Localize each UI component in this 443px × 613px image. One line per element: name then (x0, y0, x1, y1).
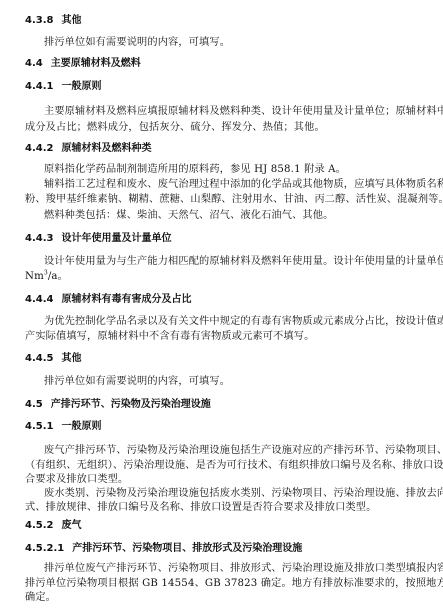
section-number: 4.4.5 (25, 352, 53, 366)
section-number: 4.4.4 (25, 293, 53, 307)
section-number: 4.3.8 (25, 14, 53, 28)
paragraph-line: 合要求及排放口类型。 (25, 473, 128, 487)
paragraph-line: 为优先控制化学品名录以及有关文件中规定的有毒有害物质或元素成分占比，按设计值或上… (44, 315, 443, 329)
paragraph-line: 成分及占比；燃料成分，包括灰分、硫分、挥发分、热值；其他。 (25, 121, 325, 135)
section-number: 4.4 (25, 57, 43, 71)
paragraph-line: 产实际值填写，原辅材料中不含有毒有害物质或元素可不填写。 (25, 330, 314, 344)
section-heading: 4.4.4原辅材料有毒有害成分及占比 (25, 293, 191, 307)
section-title: 产排污环节、污染物项目、排放形式及污染治理设施 (72, 543, 302, 554)
paragraph-line: 原料指化学药品制剂制造所用的原料药，参见 HJ 858.1 附录 A。 (44, 163, 346, 177)
paragraph-line: 废水类别、污染物及污染治理设施包括废水类别、污染物项目、污染治理设施、排放去向、… (44, 487, 443, 501)
section-title: 主要原辅材料及燃料 (51, 58, 141, 69)
section-title: 设计年使用量及计量单位 (61, 233, 171, 244)
section-number: 4.4.3 (25, 232, 53, 246)
section-title: 原辅材料及燃料种类 (61, 143, 151, 154)
paragraph-line: Nm3/a。 (25, 270, 68, 284)
paragraph-line: 主要原辅材料及燃料应填报原辅材料及燃料种类、设计年使用量及计量单位；原辅材料中有… (44, 105, 443, 119)
paragraph-line: （有组织、无组织）、污染治理设施、是否为可行技术、有组织排放口编号及名称、排放口… (25, 459, 443, 473)
paragraph-line: 粉、羧甲基纤维素钠、糊精、蔗糖、山梨醇、注射用水、甘油、丙二醇、活性炭、混凝剂等… (25, 193, 443, 207)
section-number: 4.5.2.1 (25, 542, 64, 556)
section-title: 其他 (61, 15, 81, 26)
section-number: 4.5 (25, 398, 43, 412)
document-page: 4.3.8其他排污单位如有需要说明的内容，可填写。4.4主要原辅材料及燃料4.4… (0, 0, 443, 613)
section-title: 一般原则 (61, 81, 101, 92)
section-number: 4.4.1 (25, 80, 53, 94)
section-title: 其他 (61, 353, 81, 364)
unit-text: /a。 (48, 271, 68, 282)
section-number: 4.5.2 (25, 519, 53, 533)
paragraph-line: 燃料种类包括：煤、柴油、天然气、沼气、液化石油气、其他。 (44, 209, 333, 223)
section-heading: 4.4主要原辅材料及燃料 (25, 57, 141, 71)
paragraph-line: 排污单位污染物项目根据 GB 14554、GB 37823 确定。地方有排放标准… (25, 577, 443, 591)
unit-text: Nm (25, 271, 44, 282)
paragraph-line: 辅料指工艺过程和废水、废气治理过程中添加的化学品或其他物质，应填写具体物质名称，… (44, 178, 443, 192)
paragraph-line: 式、排放规律、排放口编号及名称、排放口设置是否符合要求及排放口类型。 (25, 501, 376, 515)
section-heading: 4.4.2原辅材料及燃料种类 (25, 142, 151, 156)
section-heading: 4.4.1一般原则 (25, 80, 101, 94)
paragraph-line: 设计年使用量为与生产能力相匹配的原辅材料及燃料年使用量。设计年使用量的计量单位为… (44, 255, 443, 269)
section-heading: 4.5.1一般原则 (25, 420, 101, 434)
paragraph-line: 排污单位如有需要说明的内容，可填写。 (44, 36, 230, 50)
section-heading: 4.5产排污环节、污染物及污染治理设施 (25, 398, 211, 412)
section-heading: 4.4.5其他 (25, 352, 81, 366)
section-heading: 4.5.2.1产排污环节、污染物项目、排放形式及污染治理设施 (25, 542, 302, 556)
section-heading: 4.5.2废气 (25, 519, 81, 533)
section-title: 原辅材料有毒有害成分及占比 (61, 294, 191, 305)
section-number: 4.4.2 (25, 142, 53, 156)
section-heading: 4.4.3设计年使用量及计量单位 (25, 232, 171, 246)
paragraph-line: 排污单位如有需要说明的内容，可填写。 (44, 375, 230, 389)
section-title: 产排污环节、污染物及污染治理设施 (51, 399, 211, 410)
paragraph-line: 排污单位废气产排污环节、污染物项目、排放形式、污染治理设施及排放口类型填报内容参… (44, 562, 443, 576)
section-heading: 4.3.8其他 (25, 14, 81, 28)
paragraph-line: 确定。 (25, 591, 56, 605)
section-title: 废气 (61, 520, 81, 531)
section-number: 4.5.1 (25, 420, 53, 434)
paragraph-line: 废气产排污环节、污染物及污染治理设施包括生产设施对应的产排污环节、污染物项目、排… (44, 444, 443, 458)
section-title: 一般原则 (61, 421, 101, 432)
